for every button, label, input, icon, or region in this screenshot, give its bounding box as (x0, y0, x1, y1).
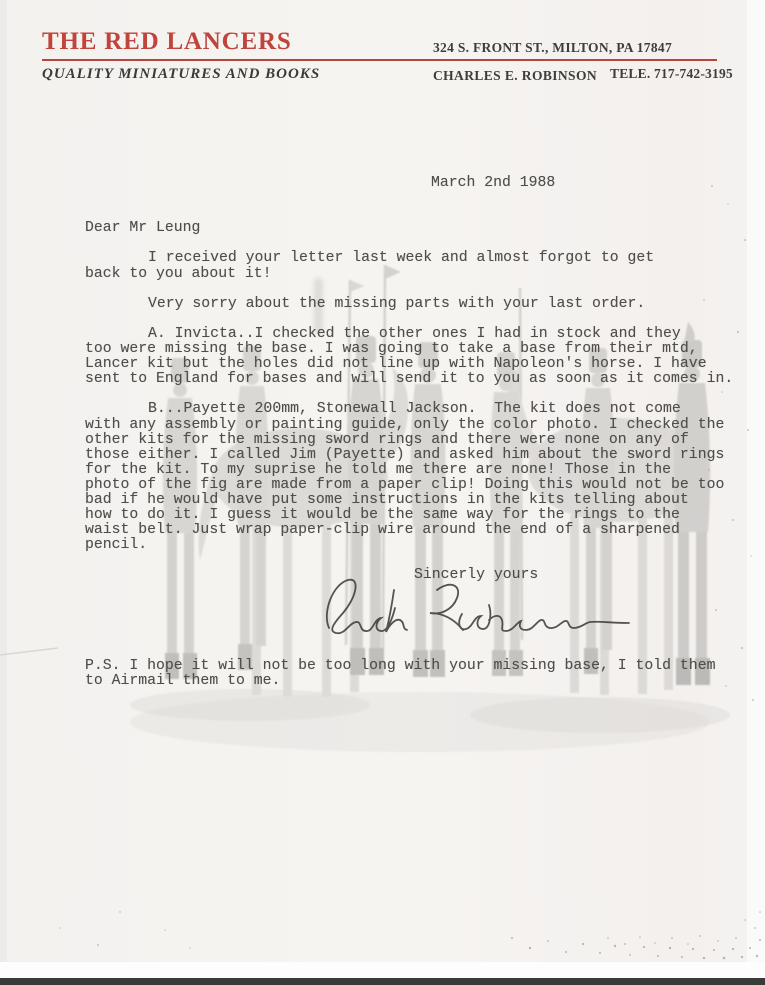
paper-edge-shading (0, 0, 7, 963)
typewritten-line: sent to England for bases and will send … (85, 372, 765, 387)
letter-date: March 2nd 1988 (85, 176, 765, 191)
letterhead-rule (42, 59, 717, 61)
typewritten-line: other kits for the missing sword rings a… (85, 433, 765, 448)
company-address: 324 S. FRONT ST., MILTON, PA 17847 (433, 40, 672, 56)
typewritten-line: for the kit. To my suprise he told me th… (85, 463, 765, 478)
typewritten-line: to Airmail them to me. (85, 674, 765, 689)
typewritten-line: waist belt. Just wrap paper-clip wire ar… (85, 523, 765, 538)
contact-name: CHARLES E. ROBINSON (433, 68, 597, 84)
typewritten-line: too were missing the base. I was going t… (85, 342, 765, 357)
scanner-edge-bar (0, 978, 765, 985)
paragraphs: I received your letter last week and alm… (85, 251, 765, 553)
company-name: THE RED LANCERS (42, 28, 292, 56)
scan-margin-bottom (0, 962, 765, 978)
paragraph: A. Invicta..I checked the other ones I h… (85, 327, 765, 387)
typewritten-line: B...Payette 200mm, Stonewall Jackson. Th… (85, 402, 765, 417)
typewritten-line: I received your letter last week and alm… (85, 251, 765, 266)
typewritten-line: with any assembly or painting guide, onl… (85, 418, 765, 433)
typewritten-line: Very sorry about the missing parts with … (85, 297, 765, 312)
typewritten-line: A. Invicta..I checked the other ones I h… (85, 327, 765, 342)
typewritten-line: Lancer kit but the holes did not line up… (85, 357, 765, 372)
postscript: P.S. I hope it will not be too long with… (85, 659, 765, 689)
salutation: Dear Mr Leung (85, 221, 765, 236)
typewritten-line: back to you about it! (85, 267, 765, 282)
typewritten-line: bad if he would have put some instructio… (85, 493, 765, 508)
signature-handwriting (315, 570, 645, 642)
typewritten-line: P.S. I hope it will not be too long with… (85, 659, 765, 674)
paragraph: B...Payette 200mm, Stonewall Jackson. Th… (85, 402, 765, 553)
phone-number: TELE. 717-742-3195 (610, 66, 733, 82)
paragraph: Very sorry about the missing parts with … (85, 297, 765, 312)
paragraph: I received your letter last week and alm… (85, 251, 765, 281)
letter-page: THE RED LANCERS 324 S. FRONT ST., MILTON… (0, 0, 765, 985)
company-tagline: QUALITY MINIATURES AND BOOKS (42, 66, 320, 83)
typewritten-line: how to do it. I guess it would be the sa… (85, 508, 765, 523)
typewritten-line: those either. I called Jim (Payette) and… (85, 448, 765, 463)
typewritten-line: photo of the fig are made from a paper c… (85, 478, 765, 493)
typewritten-line: pencil. (85, 538, 765, 553)
